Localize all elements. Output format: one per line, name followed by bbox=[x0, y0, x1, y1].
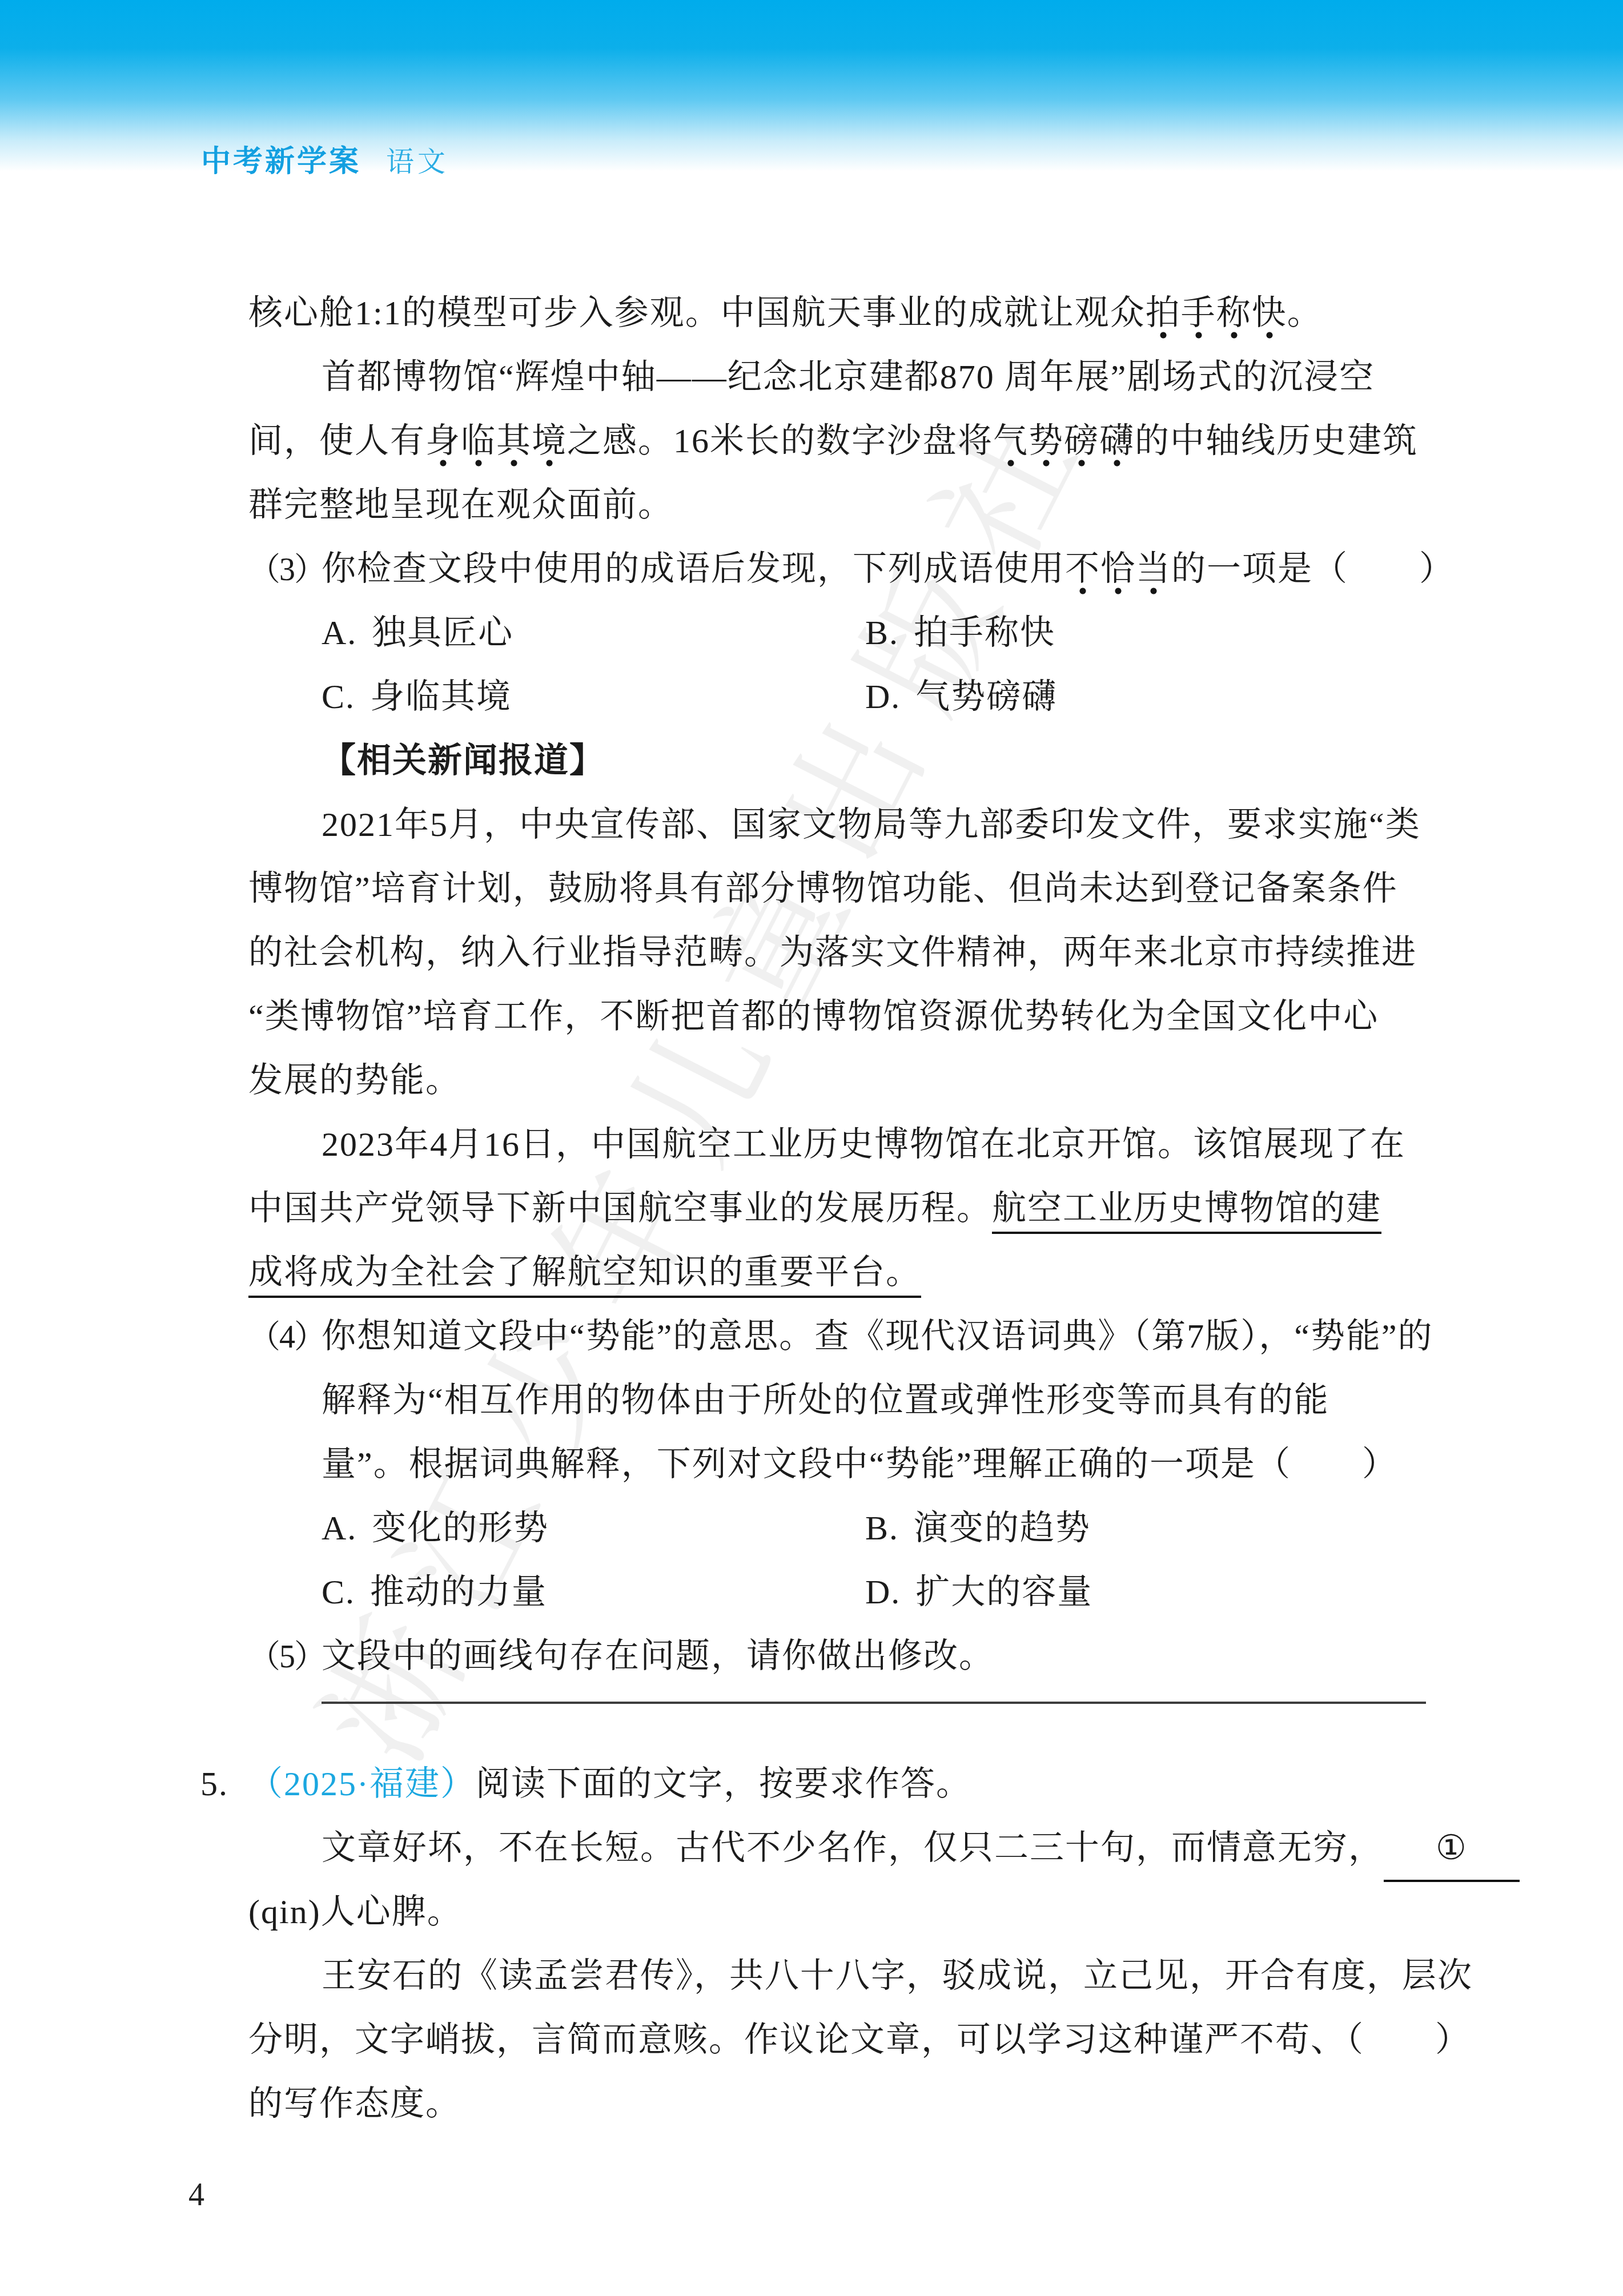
text-segment: 2021年5月，中央宣传部、国家文物局等九部委印发文件，要求实施“类 bbox=[322, 806, 1421, 843]
passage-line: 成将成为全社会了解航空知识的重要平台。 bbox=[248, 1240, 1513, 1304]
passage-line: 解释为“相互作用的物体由于所处的位置或弹性形变等而具有的能 bbox=[248, 1368, 1513, 1432]
text-segment: 群完整地呈现在观众面前。 bbox=[248, 486, 673, 524]
option-c: C.推动的力量 bbox=[322, 1560, 865, 1624]
passage-line: 群完整地呈现在观众面前。 bbox=[248, 473, 1513, 537]
option-row: C.身临其境D.气势磅礴 bbox=[248, 665, 1513, 729]
option-b: B.拍手称快 bbox=[865, 614, 1055, 652]
text-segment: 分明，文字峭拔，言简而意赅。作议论文章，可以学习这种谨严不苟、（ ） bbox=[248, 2021, 1471, 2058]
question-line: 5.（2025·福建）阅读下面的文字，按要求作答。 bbox=[248, 1752, 1513, 1816]
text-segment: 文段中的画线句存在问题，请你做出修改。 bbox=[322, 1637, 994, 1675]
option-text: 演变的趋势 bbox=[914, 1509, 1091, 1547]
option-row: A.变化的形势B.演变的趋势 bbox=[248, 1496, 1513, 1560]
subject-label: 语文 bbox=[386, 147, 449, 178]
text-segment: 博物馆”培育计划，鼓励将具有部分博物馆功能、但尚未达到登记备案条件 bbox=[248, 870, 1398, 907]
option-b: B.演变的趋势 bbox=[865, 1509, 1091, 1547]
text-segment: 你检查文段中使用的成语后发现，下列成语使用 bbox=[322, 550, 1065, 588]
option-text: 气势磅礴 bbox=[915, 678, 1057, 715]
answer-rule-line bbox=[322, 1702, 1426, 1704]
underlined-text: 航空工业历史博物馆的建 bbox=[992, 1189, 1381, 1234]
option-row: C.推动的力量D.扩大的容量 bbox=[248, 1560, 1513, 1624]
passage-line: 分明，文字峭拔，言简而意赅。作议论文章，可以学习这种谨严不苟、（ ） bbox=[248, 2008, 1513, 2072]
option-row: A.独具匠心B.拍手称快 bbox=[248, 601, 1513, 665]
answer-blank: ① bbox=[1384, 1816, 1520, 1882]
text-segment: 中国共产党领导下新中国航空事业的发展历程。 bbox=[248, 1189, 992, 1227]
text-segment: 之感。16米长的数字沙盘将 bbox=[567, 422, 993, 460]
text-segment: 王安石的《读孟尝君传》，共八十八字，驳成说，立己见，开合有度，层次 bbox=[322, 1957, 1473, 1995]
text-segment: 首都博物馆“辉煌中轴——纪念北京建都870 周年展”剧场式的沉浸空 bbox=[322, 358, 1375, 396]
option-a: A.独具匠心 bbox=[322, 601, 865, 665]
emphasized-text: 身临其境 bbox=[425, 422, 567, 468]
passage-line: 的社会机构，纳入行业指导范畴。为落实文件精神，两年来北京市持续推进 bbox=[248, 920, 1513, 984]
passage-line: 核心舱1:1的模型可步入参观。中国航天事业的成就让观众拍手称快。 bbox=[248, 281, 1513, 345]
item-marker: （3） bbox=[248, 538, 322, 602]
passage-line: 文章好坏，不在长短。古代不少名作，仅只二三十句，而情意无穷，① bbox=[248, 1816, 1513, 1880]
source-tag: （2025·福建） bbox=[248, 1765, 476, 1803]
passage-line: 中国共产党领导下新中国航空事业的发展历程。航空工业历史博物馆的建 bbox=[248, 1176, 1513, 1240]
text-segment: “类博物馆”培育工作，不断把首都的博物馆资源优势转化为全国文化中心 bbox=[248, 998, 1379, 1035]
question-line: （3）你检查文段中使用的成语后发现，下列成语使用不恰当的一项是（ ） bbox=[248, 537, 1513, 601]
emphasized-text: 不恰当 bbox=[1065, 550, 1171, 596]
option-label: A. bbox=[322, 614, 357, 652]
passage-line: 博物馆”培育计划，鼓励将具有部分博物馆功能、但尚未达到登记备案条件 bbox=[248, 857, 1513, 920]
question-line: （4）你想知道文段中“势能”的意思。查《现代汉语词典》（第7版），“势能”的 bbox=[248, 1304, 1513, 1368]
option-d: D.扩大的容量 bbox=[865, 1573, 1092, 1611]
emphasized-text: 拍手称快 bbox=[1146, 294, 1287, 340]
text-segment: 解释为“相互作用的物体由于所处的位置或弹性形变等而具有的能 bbox=[322, 1381, 1329, 1419]
passage-line: “类博物馆”培育工作，不断把首都的博物馆资源优势转化为全国文化中心 bbox=[248, 984, 1513, 1048]
option-d: D.气势磅礴 bbox=[865, 678, 1057, 715]
option-label: C. bbox=[322, 678, 355, 715]
option-text: 独具匠心 bbox=[372, 614, 513, 652]
option-label: B. bbox=[865, 614, 899, 652]
passage-line: 2023年4月16日，中国航空工业历史博物馆在北京开馆。该馆展现了在 bbox=[248, 1112, 1513, 1176]
section-heading: 【相关新闻报道】 bbox=[248, 729, 1513, 793]
passage-line: 的写作态度。 bbox=[248, 2072, 1513, 2136]
text-segment: 量”。根据词典解释，下列对文段中“势能”理解正确的一项是（ ） bbox=[322, 1445, 1397, 1483]
passage-line: 发展的势能。 bbox=[248, 1048, 1513, 1112]
option-text: 扩大的容量 bbox=[915, 1573, 1092, 1611]
text-segment: 核心舱1:1的模型可步入参观。中国航天事业的成就让观众 bbox=[248, 294, 1146, 332]
passage-line: (qin)人心脾。 bbox=[248, 1880, 1513, 1944]
question-line: （5）文段中的画线句存在问题，请你做出修改。 bbox=[248, 1624, 1513, 1688]
option-label: B. bbox=[865, 1509, 899, 1547]
emphasized-text: 气势磅礴 bbox=[993, 422, 1135, 468]
text-segment: 发展的势能。 bbox=[248, 1061, 461, 1099]
text-segment: 的社会机构，纳入行业指导范畴。为落实文件精神，两年来北京市持续推进 bbox=[248, 934, 1417, 971]
item-marker: （4） bbox=[248, 1305, 322, 1369]
passage-line: 量”。根据词典解释，下列对文段中“势能”理解正确的一项是（ ） bbox=[248, 1432, 1513, 1496]
passage-line: 王安石的《读孟尝君传》，共八十八字，驳成说，立己见，开合有度，层次 bbox=[248, 1944, 1513, 2008]
text-segment: 你想知道文段中“势能”的意思。查《现代汉语词典》（第7版），“势能”的 bbox=[322, 1317, 1433, 1355]
option-text: 变化的形势 bbox=[372, 1509, 549, 1547]
text-segment: (qin)人心脾。 bbox=[248, 1893, 463, 1931]
content-area: 核心舱1:1的模型可步入参观。中国航天事业的成就让观众拍手称快。首都博物馆“辉煌… bbox=[248, 281, 1513, 2136]
page-header: 中考新学案语文 bbox=[201, 137, 449, 180]
option-text: 身临其境 bbox=[370, 678, 512, 715]
passage-line: 首都博物馆“辉煌中轴——纪念北京建都870 周年展”剧场式的沉浸空 bbox=[248, 345, 1513, 409]
option-c: C.身临其境 bbox=[322, 665, 865, 729]
page-number: 4 bbox=[188, 2177, 204, 2213]
text-segment: 的中轴线历史建筑 bbox=[1135, 422, 1418, 460]
text-segment: 2023年4月16日，中国航空工业历史博物馆在北京开馆。该馆展现了在 bbox=[322, 1125, 1405, 1163]
option-label: A. bbox=[322, 1509, 357, 1547]
passage-line: 间，使人有身临其境之感。16米长的数字沙盘将气势磅礴的中轴线历史建筑 bbox=[248, 409, 1513, 473]
option-text: 拍手称快 bbox=[914, 614, 1055, 652]
text-segment: 的写作态度。 bbox=[248, 2085, 461, 2122]
option-label: D. bbox=[865, 678, 901, 715]
text-segment: 。 bbox=[1287, 294, 1323, 332]
option-label: D. bbox=[865, 1573, 901, 1611]
item-marker: （5） bbox=[248, 1625, 322, 1689]
text-segment: 文章好坏，不在长短。古代不少名作，仅只二三十句，而情意无穷， bbox=[322, 1829, 1384, 1867]
text-segment: 的一项是（ ） bbox=[1171, 550, 1455, 588]
option-label: C. bbox=[322, 1573, 355, 1611]
option-text: 推动的力量 bbox=[370, 1573, 547, 1611]
option-a: A.变化的形势 bbox=[322, 1496, 865, 1560]
brand-title: 中考新学案 bbox=[201, 145, 361, 178]
answer-rule-row bbox=[248, 1688, 1513, 1752]
text-segment: 间，使人有 bbox=[248, 422, 425, 460]
underlined-text: 成将成为全社会了解航空知识的重要平台。 bbox=[248, 1253, 921, 1298]
passage-line: 2021年5月，中央宣传部、国家文物局等九部委印发文件，要求实施“类 bbox=[248, 793, 1513, 857]
item-marker: 5. bbox=[200, 1752, 248, 1816]
text-segment: 阅读下面的文字，按要求作答。 bbox=[476, 1765, 971, 1803]
